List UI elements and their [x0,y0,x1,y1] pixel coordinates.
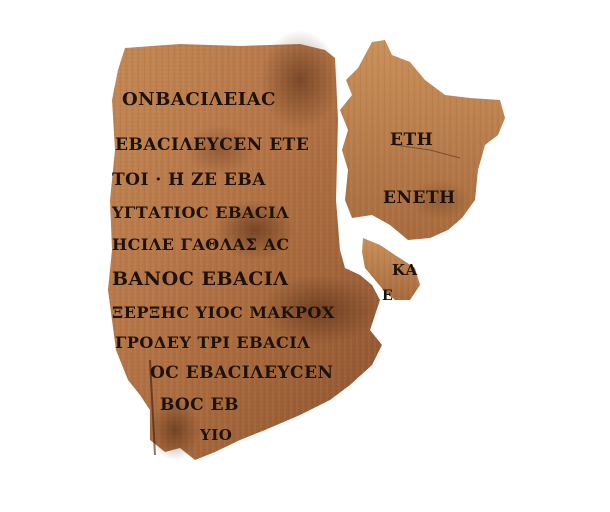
text-line: ΞΕΡΞΗC ΥΙΟC ΜΑΚΡΟΧ [112,303,335,322]
text-line: ΤΟΙ · Η̄ ΖΕ ΕΒΑ [112,170,266,190]
text-line: ΓΡΟΔΕΥ ΤΡΙ ΕΒΑCΙΛ [115,333,310,352]
text-line: ΒΟC ΕΒ [160,395,239,415]
text-line: ΥΙΟ [199,426,232,444]
text-line: ΟC ΕΒΑCΙΛΕΥCΕΝ [150,363,334,383]
text-line: ΕΤΗ [390,130,433,150]
text-line: ΥΓΤΑΤΙΟC ΕΒΑCΙΛ [111,203,289,222]
papyrus-photo: ΟΝΒΑCΙΛΕΙΑC ΕΒΑCΙΛΕΥCΕΝ ΕΤΕ ΤΟΙ · Η̄ ΖΕ … [0,0,610,512]
text-line: ΕΝΕΤΗ [383,188,456,208]
text-line: ΕΒΑCΙΛΕΥCΕΝ ΕΤΕ [115,135,309,155]
text-line: ΒΑΝΟC ΕΒΑCΙΛ [112,268,289,290]
text-line: ΚΑ [392,261,418,279]
text-line: Ε [382,288,393,304]
text-line: ΗCΙΛΕ ΓΑΘΛΑΣ ΑC [112,235,290,254]
text-line: ΟΝΒΑCΙΛΕΙΑC [122,89,276,110]
